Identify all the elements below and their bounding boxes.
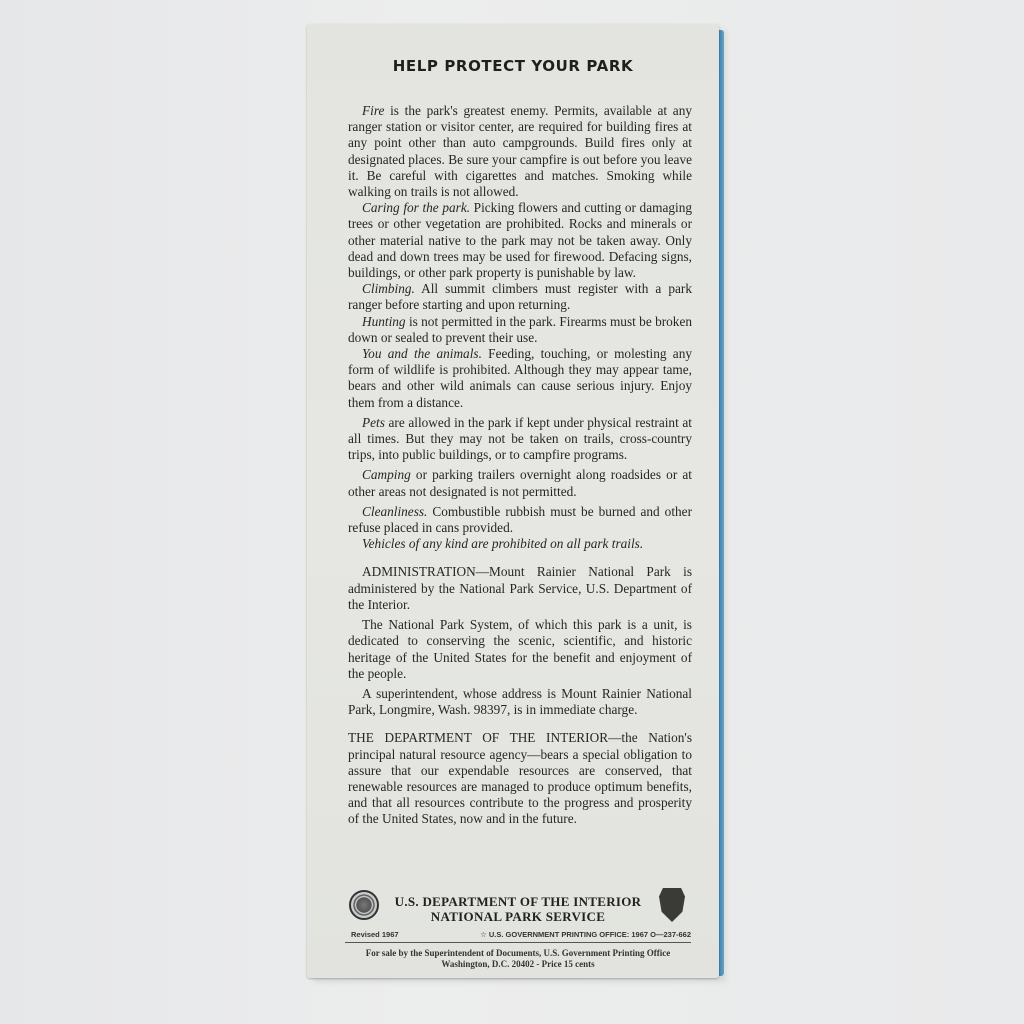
paragraph-vehicles: Vehicles of any kind are prohibited on a…: [348, 536, 692, 552]
lead-caring: Caring for the park.: [362, 200, 470, 215]
interior-department-seal-icon: [349, 890, 379, 920]
text-fire: is the park's greatest enemy. Permits, a…: [348, 103, 692, 199]
lead-animals: You and the animals.: [362, 346, 482, 361]
paragraph-pets: Pets are allowed in the park if kept und…: [348, 415, 692, 464]
nps-arrowhead-icon: [659, 888, 685, 922]
rules-text: Fire is the park's greatest enemy. Permi…: [348, 103, 692, 828]
paragraph-department: THE DEPARTMENT OF THE INTERIOR—the Natio…: [348, 730, 692, 827]
paragraph-camping: Camping or parking trailers overnight al…: [348, 467, 692, 499]
lead-pets: Pets: [362, 415, 385, 430]
paragraph-climbing: Climbing. All summit climbers must regis…: [348, 281, 692, 313]
paragraph-cleanliness: Cleanliness. Combustible rubbish must be…: [348, 504, 692, 536]
lead-climbing: Climbing.: [362, 281, 415, 296]
footer-divider: [345, 942, 691, 943]
lead-fire: Fire: [362, 103, 384, 118]
paragraph-hunting: Hunting is not permitted in the park. Fi…: [348, 314, 692, 346]
page-title: HELP PROTECT YOUR PARK: [307, 57, 719, 75]
text-pets: are allowed in the park if kept under ph…: [348, 415, 692, 462]
lead-cleanliness: Cleanliness.: [362, 504, 427, 519]
lead-vehicles: Vehicles of any kind are prohibited on a…: [362, 536, 643, 551]
agency-line-2: NATIONAL PARK SERVICE: [385, 909, 651, 924]
sale-line-1: For sale by the Superintendent of Docume…: [345, 948, 691, 959]
sale-line-2: Washington, D.C. 20402 - Price 15 cents: [345, 959, 691, 970]
revised-date: Revised 1967: [351, 930, 399, 939]
sale-info: For sale by the Superintendent of Docume…: [345, 948, 691, 970]
lead-hunting: Hunting: [362, 314, 406, 329]
paragraph-superintendent: A superintendent, whose address is Mount…: [348, 686, 692, 718]
paragraph-animals: You and the animals. Feeding, touching, …: [348, 346, 692, 411]
lead-camping: Camping: [362, 467, 411, 482]
paragraph-fire: Fire is the park's greatest enemy. Permi…: [348, 103, 692, 200]
printing-office-code: ☆ U.S. GOVERNMENT PRINTING OFFICE: 1967 …: [480, 930, 691, 939]
paragraph-administration: ADMINISTRATION—Mount Rainier National Pa…: [348, 564, 692, 613]
paragraph-park-system: The National Park System, of which this …: [348, 617, 692, 682]
pamphlet-page: HELP PROTECT YOUR PARK Fire is the park'…: [307, 24, 719, 978]
paragraph-caring: Caring for the park. Picking flowers and…: [348, 200, 692, 281]
agency-line-1: U.S. DEPARTMENT OF THE INTERIOR: [385, 894, 651, 909]
agency-name: U.S. DEPARTMENT OF THE INTERIOR NATIONAL…: [385, 894, 651, 924]
